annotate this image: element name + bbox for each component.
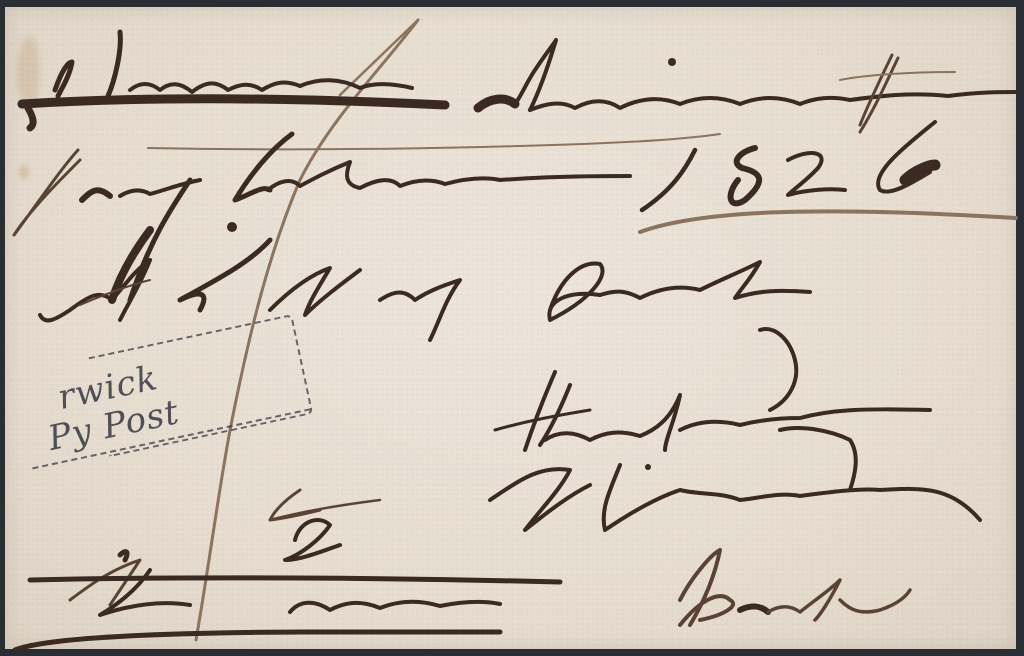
line6-struck-address <box>15 552 560 650</box>
handwriting-strokes <box>0 0 1024 656</box>
line1-leamington <box>478 40 1016 132</box>
line5-missenden <box>270 464 980 560</box>
line1-struck-word <box>22 32 445 128</box>
line7-bucks <box>680 550 910 625</box>
line4-hampden <box>495 372 930 490</box>
line3-addressee <box>40 230 810 340</box>
